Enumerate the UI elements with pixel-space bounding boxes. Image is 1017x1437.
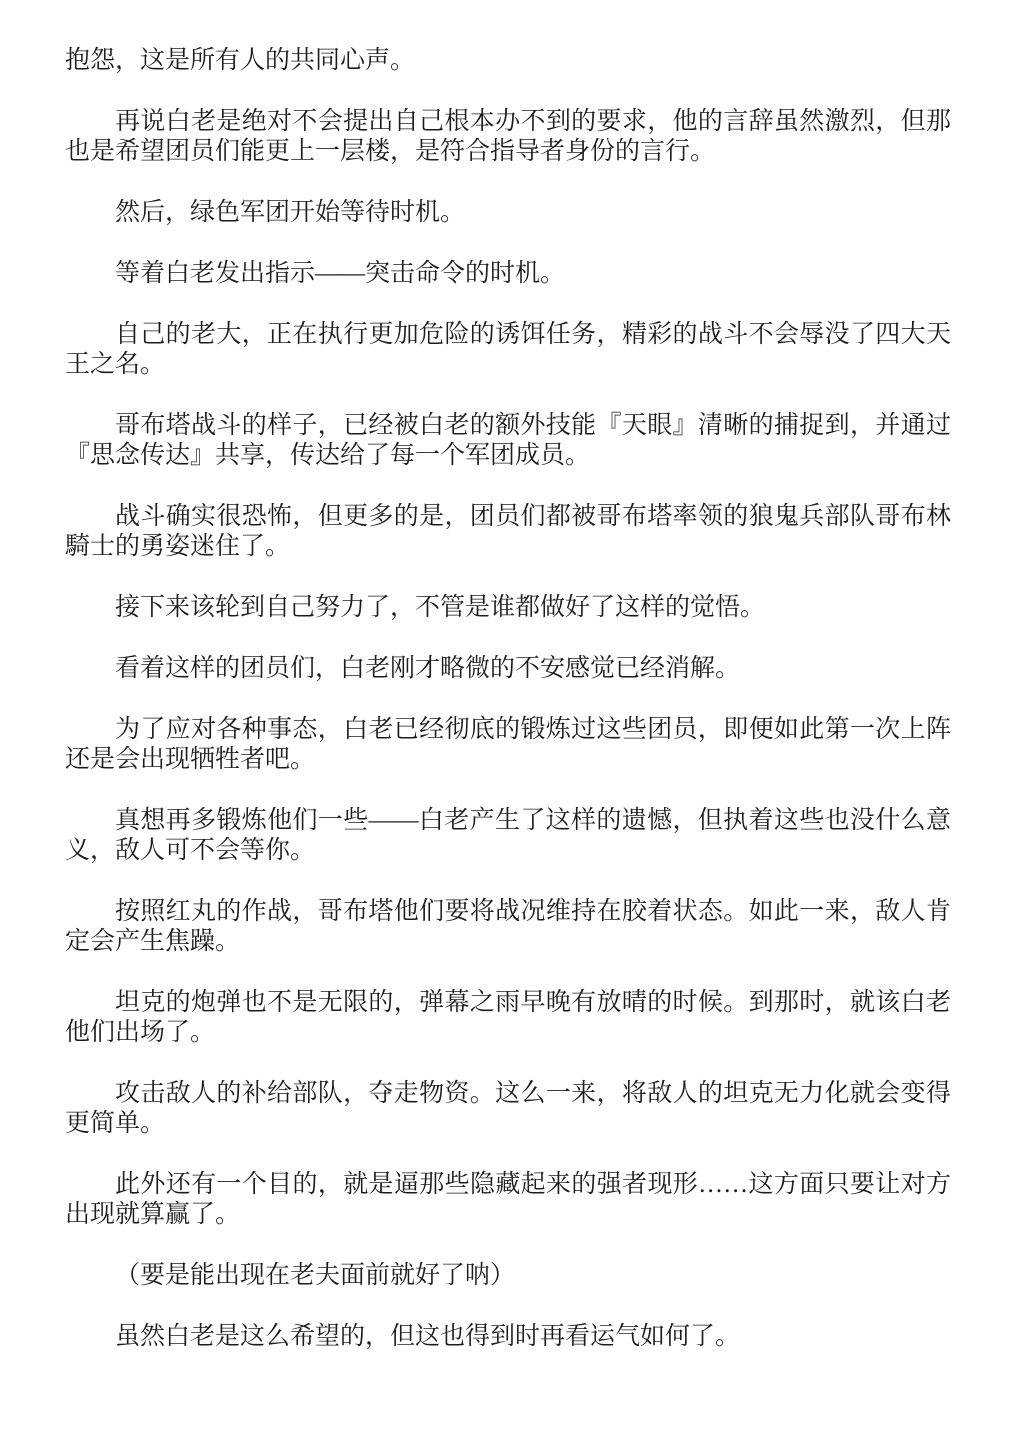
paragraph: 自己的老大，正在执行更加危险的诱饵任务，精彩的战斗不会辱没了四大天王之名。 xyxy=(65,320,951,380)
paragraph: 抱怨，这是所有人的共同心声。 xyxy=(65,46,951,76)
paragraph: 坦克的炮弹也不是无限的，弹幕之雨早晚有放晴的时候。到那时，就该白老他们出场了。 xyxy=(65,988,951,1048)
paragraph: 然后，绿色军团开始等待时机。 xyxy=(65,198,951,228)
paragraph: 为了应对各种事态，白老已经彻底的锻炼过这些团员，即便如此第一次上阵还是会出现牺牲… xyxy=(65,715,951,775)
paragraph: 此外还有一个目的，就是逼那些隐藏起来的强者现形……这方面只要让对方出现就算赢了。 xyxy=(65,1170,951,1230)
paragraph: 虽然白老是这么希望的，但这也得到时再看运气如何了。 xyxy=(65,1322,951,1352)
paragraph: 战斗确实很恐怖，但更多的是，团员们都被哥布塔率领的狼鬼兵部队哥布林騎士的勇姿迷住… xyxy=(65,502,951,562)
paragraph: 看着这样的团员们，白老刚才略微的不安感觉已经消解。 xyxy=(65,654,951,684)
paragraph: 真想再多锻炼他们一些——白老产生了这样的遗憾，但执着这些也没什么意义，敌人可不会… xyxy=(65,806,951,866)
document-page: 抱怨，这是所有人的共同心声。 再说白老是绝对不会提出自己根本办不到的要求，他的言… xyxy=(0,0,1017,1437)
paragraph: 接下来该轮到自己努力了，不管是谁都做好了这样的觉悟。 xyxy=(65,593,951,623)
paragraph: 哥布塔战斗的样子，已经被白老的额外技能『天眼』清晰的捕捉到，并通过『思念传达』共… xyxy=(65,411,951,471)
paragraph: （要是能出现在老夫面前就好了呐） xyxy=(65,1261,951,1291)
paragraph: 再说白老是绝对不会提出自己根本办不到的要求，他的言辞虽然激烈，但那也是希望团员们… xyxy=(65,107,951,167)
paragraph: 按照红丸的作战，哥布塔他们要将战况维持在胶着状态。如此一来，敌人肯定会产生焦躁。 xyxy=(65,897,951,957)
paragraph: 攻击敌人的补给部队，夺走物资。这么一来，将敌人的坦克无力化就会变得更简单。 xyxy=(65,1079,951,1139)
paragraph: 等着白老发出指示——突击命令的时机。 xyxy=(65,259,951,289)
